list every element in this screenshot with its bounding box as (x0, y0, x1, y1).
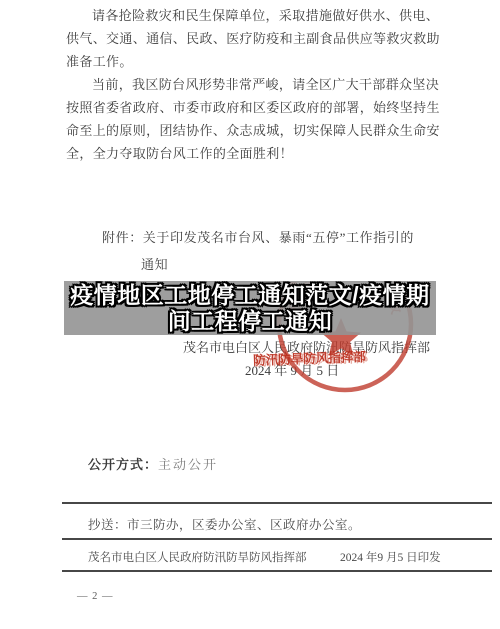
body-line: 按照省委省政府、市委市政府和区委区政府的部署，始终坚持生 (66, 96, 432, 119)
body-line: 全，全力夺取防台风工作的全面胜利！ (66, 142, 432, 165)
issuer-name: 茂名市电白区人民政府防汛防旱防风指挥部 (88, 549, 307, 565)
attachment-block: 附件：关于印发茂名市台风、暴雨“五停”工作指引的 通知 (66, 224, 446, 278)
page-number: — 2 — (77, 591, 114, 602)
seal-name-text: 防汛防旱防风指挥部 (253, 346, 366, 369)
publish-method-label: 公开方式： (88, 457, 158, 472)
headline-line2: 间工程停工通知 (64, 308, 436, 334)
cc-row: 抄送：市三防办，区委办公室、区政府办公室。 (88, 515, 361, 533)
body-line: 供气、交通、通信、民政、医疗防疫和主副食品供应等救灾救助 (66, 27, 432, 50)
body-line: 当前，我区防台风形势非常严峻，请全区广大干部群众坚决 (66, 73, 432, 96)
document-body: 请各抢险救灾和民生保障单位，采取措施做好供水、供电、 供气、交通、通信、民政、医… (66, 4, 432, 165)
body-line: 准备工作。 (66, 50, 432, 73)
attachment-line: 通知 (66, 251, 446, 278)
body-line: 命至上的原则，团结协作、众志成城，切实保障人民群众生命安 (66, 119, 432, 142)
horizontal-rule (62, 502, 492, 504)
body-line: 请各抢险救灾和民生保障单位，采取措施做好供水、供电、 (66, 4, 432, 27)
document-page: 请各抢险救灾和民生保障单位，采取措施做好供水、供电、 供气、交通、通信、民政、医… (0, 0, 500, 629)
headline-line1: 疫情地区工地停工通知范文/疫情期 (64, 282, 436, 308)
headline-overlay-band: 疫情地区工地停工通知范文/疫情期 间工程停工通知 (64, 281, 436, 335)
publish-method-value: 主动公开 (158, 457, 218, 472)
horizontal-rule (62, 570, 492, 572)
horizontal-rule (62, 538, 492, 540)
publish-method-row: 公开方式：主动公开 (88, 454, 218, 473)
print-date: 2024 年9 月5 日印发 (340, 549, 441, 565)
attachment-line: 附件：关于印发茂名市台风、暴雨“五停”工作指引的 (66, 224, 446, 251)
